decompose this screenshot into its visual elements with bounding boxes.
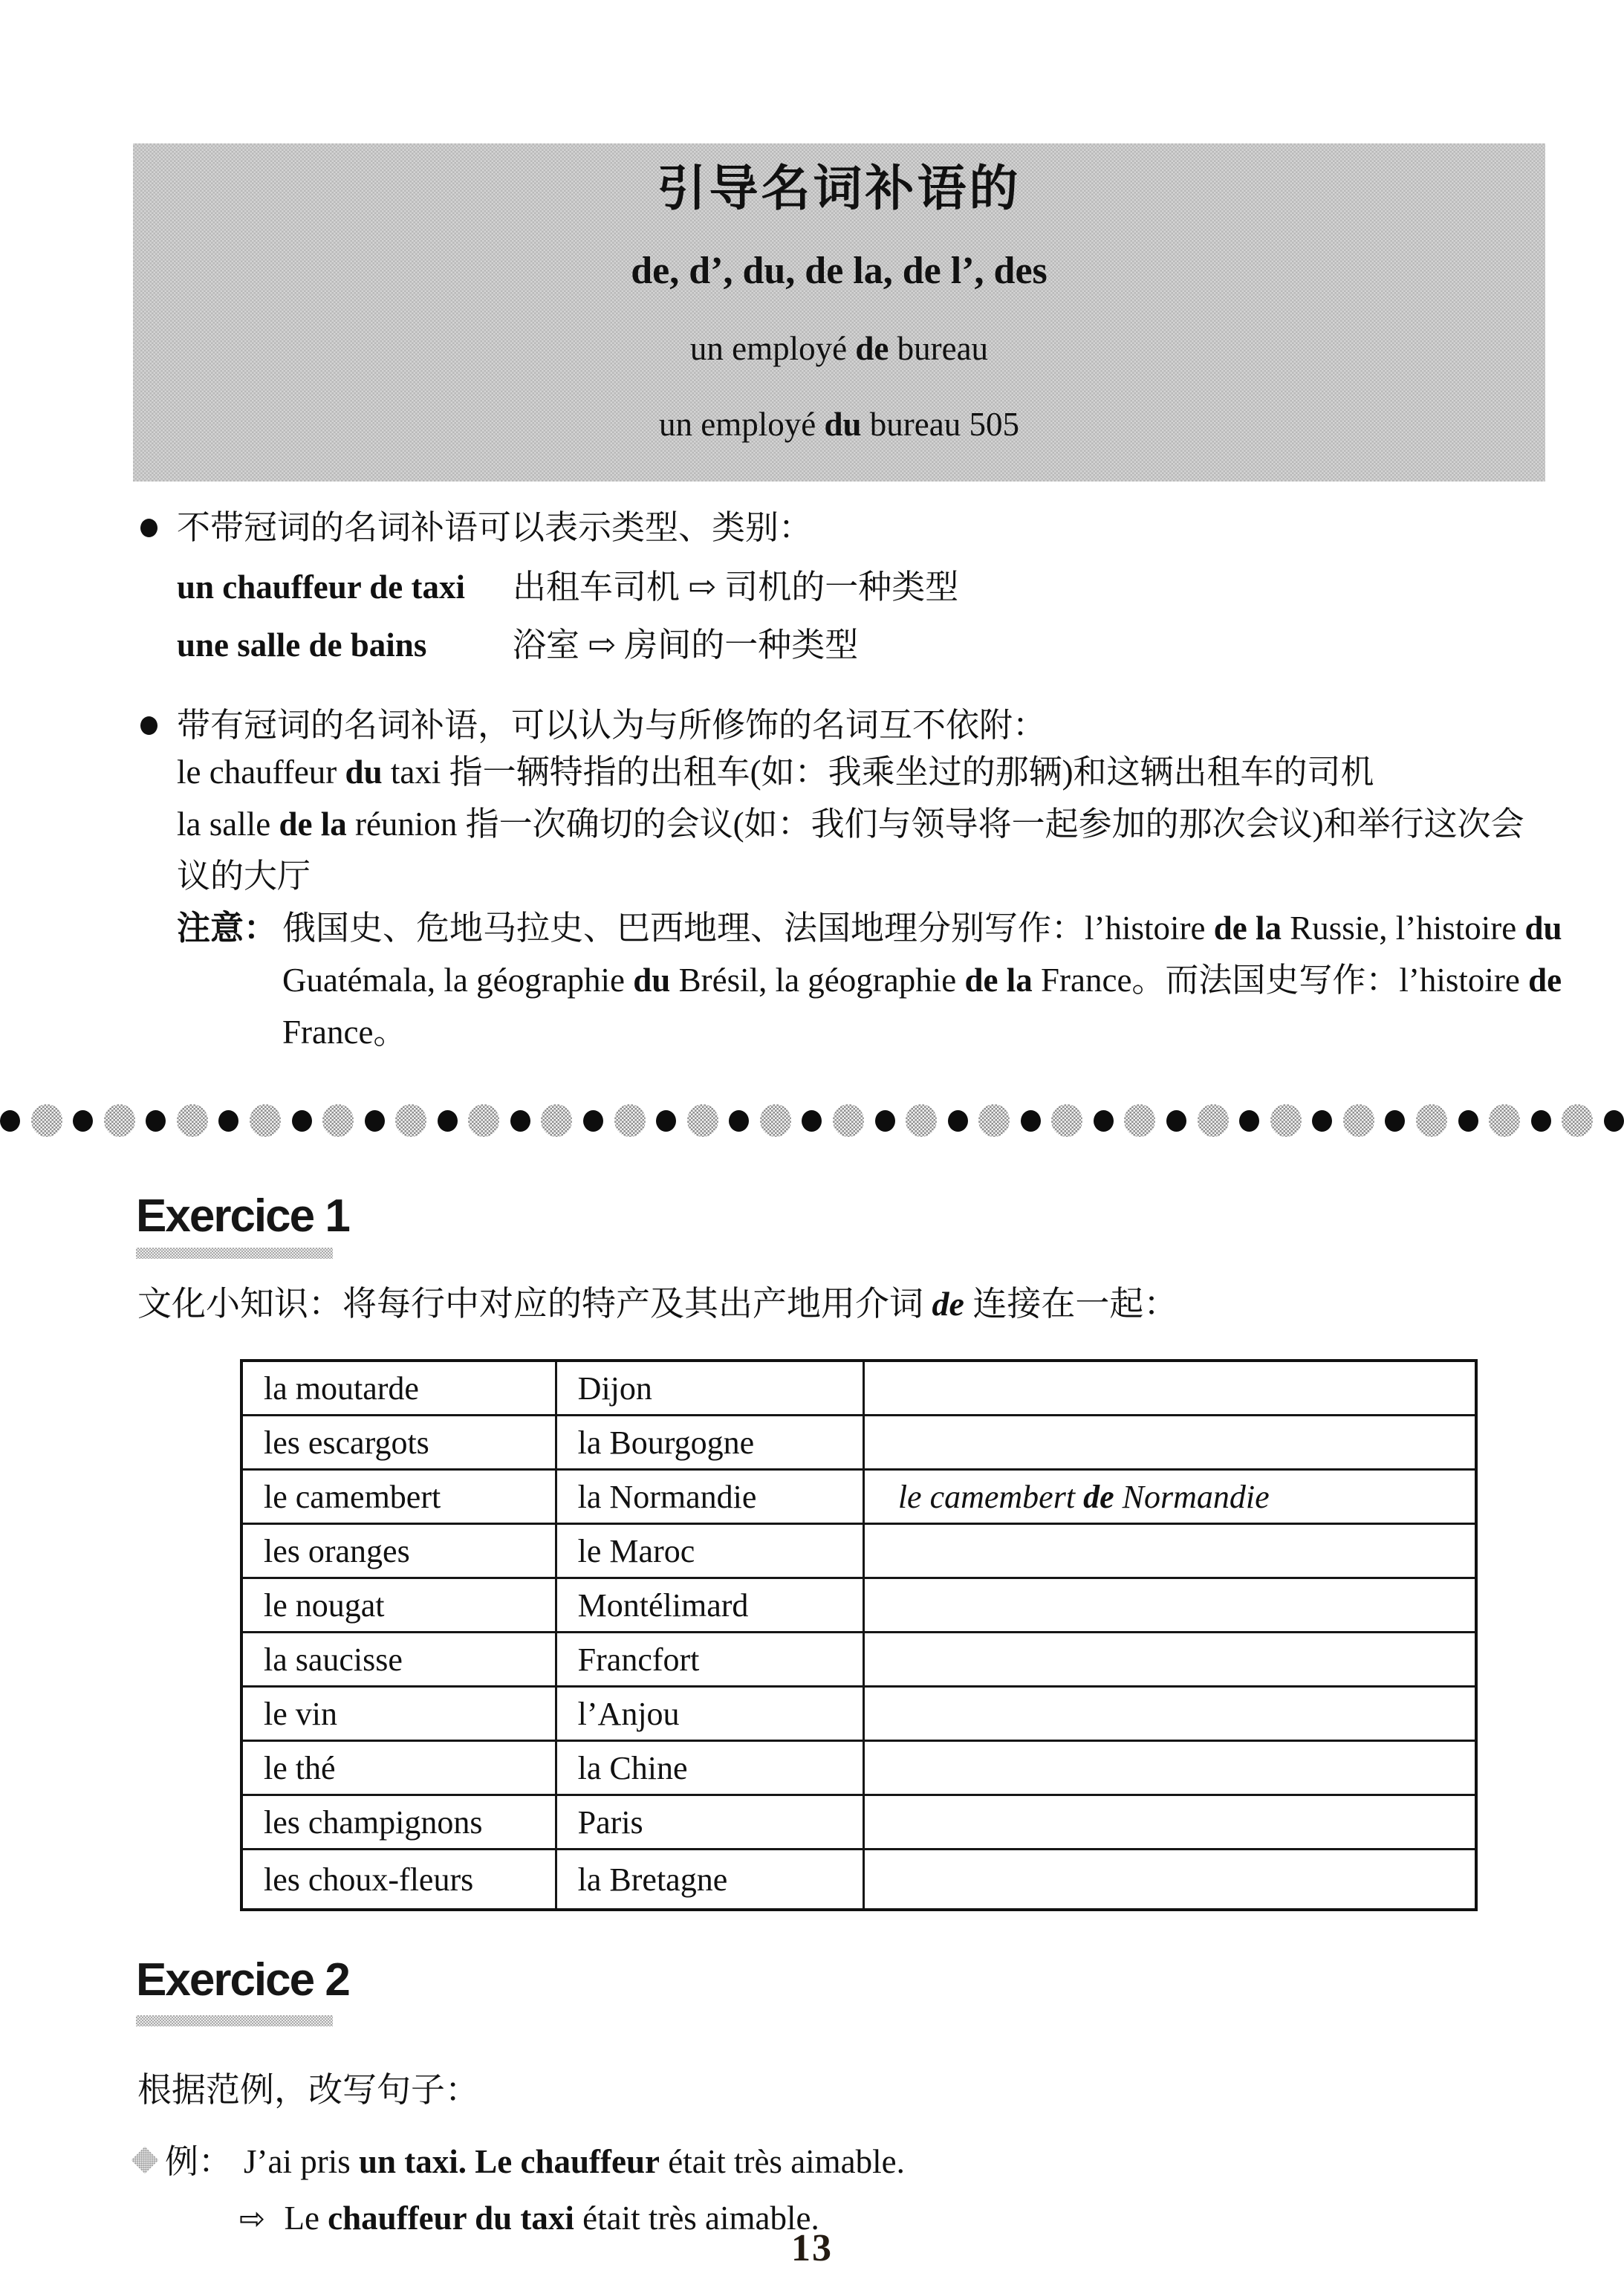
page-number: 13 [0, 2226, 1624, 2270]
table-row: les oranges le Maroc [241, 1524, 1476, 1578]
exercise-1-heading-underline [136, 1248, 333, 1259]
place-cell: la Normandie [556, 1470, 863, 1524]
exercise-2-instruction: 根据范例，改写句子： [137, 2070, 479, 2110]
answer-cell [863, 1850, 1476, 1910]
text-segment: le chauffeur [177, 753, 345, 791]
gray-dot-icon [395, 1104, 426, 1137]
product-cell: les champignons [241, 1795, 556, 1850]
black-dot-icon [1021, 1110, 1041, 1132]
gray-dot-icon [614, 1104, 646, 1137]
french-term: une salle de bains [177, 626, 513, 664]
table-row: le nougat Montélimard [241, 1578, 1476, 1633]
example-pair-row: une salle de bains 浴室 ⇨ 房间的一种类型 [137, 626, 1594, 664]
gray-dot-icon [1489, 1104, 1520, 1137]
table-row: les choux-fleurs la Bretagne [241, 1850, 1476, 1910]
product-cell: le camembert [241, 1470, 556, 1524]
place-cell: la Chine [556, 1741, 863, 1795]
black-dot-icon [802, 1110, 822, 1132]
rule-bullet-1: 不带冠词的名词补语可以表示类型、类别： un chauffeur de taxi… [137, 507, 1594, 664]
black-dot-icon [729, 1110, 749, 1132]
header-example-1: un employé de bureau [133, 331, 1545, 366]
exercise-2-heading: Exercice 2 [136, 1957, 349, 2003]
text-segment: Brésil, la géographie [670, 962, 964, 999]
place-cell: Paris [556, 1795, 863, 1850]
note-line: Guatémala, la géographie du Brésil, la g… [282, 954, 1594, 1006]
chapter-title-chinese: 引导名词补语的 [133, 163, 1545, 216]
exercise-2-example-line: 例： J’ai pris un taxi. Le chauffeur était… [135, 2140, 905, 2183]
text-segment [467, 2143, 475, 2180]
text-segment: du [824, 406, 861, 443]
text-segment: la salle [177, 805, 279, 843]
text-segment: le camembert [898, 1479, 1083, 1515]
gray-dot-icon [541, 1104, 572, 1137]
table-row: les escargots la Bourgogne [241, 1416, 1476, 1470]
gray-dot-icon [468, 1104, 499, 1137]
chinese-gloss: 浴室 ⇨ 房间的一种类型 [513, 626, 1594, 664]
text-segment: du [345, 753, 383, 791]
table-row: le camembert la Normandie le camembert d… [241, 1470, 1476, 1524]
example-sentence: J’ai pris un taxi. Le chauffeur était tr… [244, 2140, 905, 2183]
text-segment: était très aimable. [660, 2143, 905, 2180]
black-dot-icon [218, 1110, 238, 1132]
gray-dot-icon [687, 1104, 718, 1137]
textbook-page: 引导名词补语的 de, d’, du, de la, de l’, des un… [0, 0, 1624, 2282]
chapter-title-french: de, d’, du, de la, de l’, des [133, 250, 1545, 292]
text-segment: 文化小知识：将每行中对应的特产及其出产地用介词 [137, 1285, 932, 1323]
product-cell: les escargots [241, 1416, 556, 1470]
table-row: le vin l’Anjou [241, 1687, 1476, 1741]
text-segment: 俄国史、危地马拉史、巴西地理、法国地理分别写作：l’histoire [282, 910, 1214, 947]
place-cell: l’Anjou [556, 1687, 863, 1741]
gray-dot-icon [104, 1104, 135, 1137]
answer-cell [863, 1416, 1476, 1470]
dotted-separator [0, 1104, 1624, 1137]
black-dot-icon [1166, 1110, 1186, 1132]
text-segment: du [1524, 910, 1562, 947]
text-segment: de la [1214, 910, 1282, 947]
rule-explanation-line: 议的大厅 [137, 850, 1594, 902]
gray-dot-icon [833, 1104, 864, 1137]
gray-dot-icon [1270, 1104, 1302, 1137]
text-segment: de la [964, 962, 1032, 999]
gray-dot-icon [1343, 1104, 1374, 1137]
gray-dot-icon [1416, 1104, 1447, 1137]
product-cell: le vin [241, 1687, 556, 1741]
text-segment: J’ai pris [244, 2143, 359, 2180]
note-line: France。 [282, 1006, 1594, 1058]
black-dot-icon [583, 1110, 603, 1132]
answer-cell [863, 1795, 1476, 1850]
text-segment: Russie, l’histoire [1282, 910, 1524, 947]
table-row: la moutarde Dijon [241, 1361, 1476, 1416]
bullet-dot-icon [140, 519, 157, 537]
text-segment: 议的大厅 [177, 858, 311, 895]
text-segment: de [1528, 962, 1562, 999]
answer-cell [863, 1524, 1476, 1578]
note-label: 注意： [177, 902, 282, 1058]
diamond-bullet-icon [131, 2147, 159, 2174]
place-cell: la Bourgogne [556, 1416, 863, 1470]
rule-bullet-2: 带有冠词的名词补语，可以认为与所修饰的名词互不依附： le chauffeur … [137, 704, 1594, 1058]
answer-cell-example: le camembert de Normandie [863, 1470, 1476, 1524]
table-row: le thé la Chine [241, 1741, 1476, 1795]
rule-explanation-line: la salle de la réunion 指一次确切的会议(如：我们与领导将… [137, 798, 1594, 850]
text-segment: du [633, 962, 670, 999]
text-segment: bureau 505 [862, 406, 1019, 443]
matching-table: la moutarde Dijon les escargots la Bourg… [240, 1359, 1478, 1911]
text-segment: 连接在一起： [964, 1285, 1178, 1323]
black-dot-icon [1094, 1110, 1114, 1132]
exercise-1-instruction: 文化小知识：将每行中对应的特产及其出产地用介词 de 连接在一起： [137, 1284, 1178, 1324]
product-cell: le thé [241, 1741, 556, 1795]
answer-cell [863, 1741, 1476, 1795]
chapter-header-box: 引导名词补语的 de, d’, du, de la, de l’, des un… [133, 143, 1545, 482]
text-segment: France。 [282, 1014, 406, 1051]
black-dot-icon [365, 1110, 385, 1132]
black-dot-icon [438, 1110, 458, 1132]
black-dot-icon [73, 1110, 93, 1132]
black-dot-icon [1531, 1110, 1551, 1132]
note-row: 注意： 俄国史、危地马拉史、巴西地理、法国地理分别写作：l’histoire d… [137, 902, 1594, 1058]
gray-dot-icon [1124, 1104, 1155, 1137]
example-pair-row: un chauffeur de taxi 出租车司机 ⇨ 司机的一种类型 [137, 568, 1594, 606]
rule-bullet-2-intro-line: 带有冠词的名词补语，可以认为与所修饰的名词互不依附： [137, 704, 1594, 746]
text-segment: taxi 指一辆特指的出租车(如：我乘坐过的那辆)和这辆出租车的司机 [383, 753, 1374, 791]
place-cell: Dijon [556, 1361, 863, 1416]
text-segment: de la [279, 805, 346, 843]
gray-dot-icon [978, 1104, 1010, 1137]
text-segment: France。而法国史写作：l’histoire [1033, 962, 1528, 999]
place-cell: le Maroc [556, 1524, 863, 1578]
gray-dot-icon [1562, 1104, 1593, 1137]
text-segment: Le chauffeur [475, 2143, 660, 2180]
gray-dot-icon [250, 1104, 281, 1137]
place-cell: Francfort [556, 1633, 863, 1687]
black-dot-icon [875, 1110, 895, 1132]
gray-dot-icon [1198, 1104, 1229, 1137]
black-dot-icon [1385, 1110, 1405, 1132]
answer-cell [863, 1687, 1476, 1741]
bullet-dot-icon [140, 716, 157, 735]
answer-cell [863, 1578, 1476, 1633]
note-line: 俄国史、危地马拉史、巴西地理、法国地理分别写作：l’histoire de la… [282, 902, 1594, 954]
exercise-1-heading: Exercice 1 [136, 1193, 349, 1239]
gray-dot-icon [322, 1104, 354, 1137]
text-segment: Normandie [1114, 1479, 1270, 1515]
black-dot-icon [1312, 1110, 1332, 1132]
black-dot-icon [656, 1110, 676, 1132]
text-segment: bureau [889, 330, 988, 367]
product-cell: les choux-fleurs [241, 1850, 556, 1910]
black-dot-icon [292, 1110, 312, 1132]
rule-bullet-1-intro-line: 不带冠词的名词补语可以表示类型、类别： [137, 507, 1594, 548]
black-dot-icon [0, 1110, 20, 1132]
rule-explanation-line: le chauffeur du taxi 指一辆特指的出租车(如：我乘坐过的那辆… [137, 746, 1594, 798]
gray-dot-icon [760, 1104, 791, 1137]
product-cell: la moutarde [241, 1361, 556, 1416]
example-label: 例： [165, 2140, 232, 2183]
gray-dot-icon [31, 1104, 62, 1137]
product-cell: les oranges [241, 1524, 556, 1578]
text-segment: de [932, 1285, 964, 1323]
gray-dot-icon [177, 1104, 208, 1137]
place-cell: la Bretagne [556, 1850, 863, 1910]
black-dot-icon [1604, 1110, 1624, 1132]
product-cell: la saucisse [241, 1633, 556, 1687]
text-segment: de [1083, 1479, 1114, 1515]
gray-dot-icon [1051, 1104, 1082, 1137]
chinese-gloss: 出租车司机 ⇨ 司机的一种类型 [513, 568, 1594, 606]
exercise-2-heading-underline [136, 2015, 333, 2026]
table-row: les champignons Paris [241, 1795, 1476, 1850]
black-dot-icon [948, 1110, 968, 1132]
rule-bullet-1-intro: 不带冠词的名词补语可以表示类型、类别： [177, 509, 812, 546]
text-segment: un employé [690, 330, 855, 367]
table-row: la saucisse Francfort [241, 1633, 1476, 1687]
product-cell: le nougat [241, 1578, 556, 1633]
text-segment: réunion 指一次确切的会议(如：我们与领导将一起参加的那次会议)和举行这次… [347, 805, 1524, 843]
french-term: un chauffeur de taxi [177, 568, 513, 606]
text-segment: de [855, 330, 889, 367]
black-dot-icon [1239, 1110, 1259, 1132]
text-segment: un taxi. [359, 2143, 467, 2180]
rule-bullet-2-intro: 带有冠词的名词补语，可以认为与所修饰的名词互不依附： [177, 707, 1046, 744]
header-example-2: un employé du bureau 505 [133, 406, 1545, 442]
note-content: 俄国史、危地马拉史、巴西地理、法国地理分别写作：l’histoire de la… [282, 902, 1594, 1058]
black-dot-icon [1458, 1110, 1478, 1132]
answer-cell [863, 1361, 1476, 1416]
place-cell: Montélimard [556, 1578, 863, 1633]
gray-dot-icon [906, 1104, 937, 1137]
text-segment: un employé [659, 406, 824, 443]
black-dot-icon [146, 1110, 166, 1132]
black-dot-icon [510, 1110, 530, 1132]
text-segment: Guatémala, la géographie [282, 962, 633, 999]
answer-cell [863, 1633, 1476, 1687]
